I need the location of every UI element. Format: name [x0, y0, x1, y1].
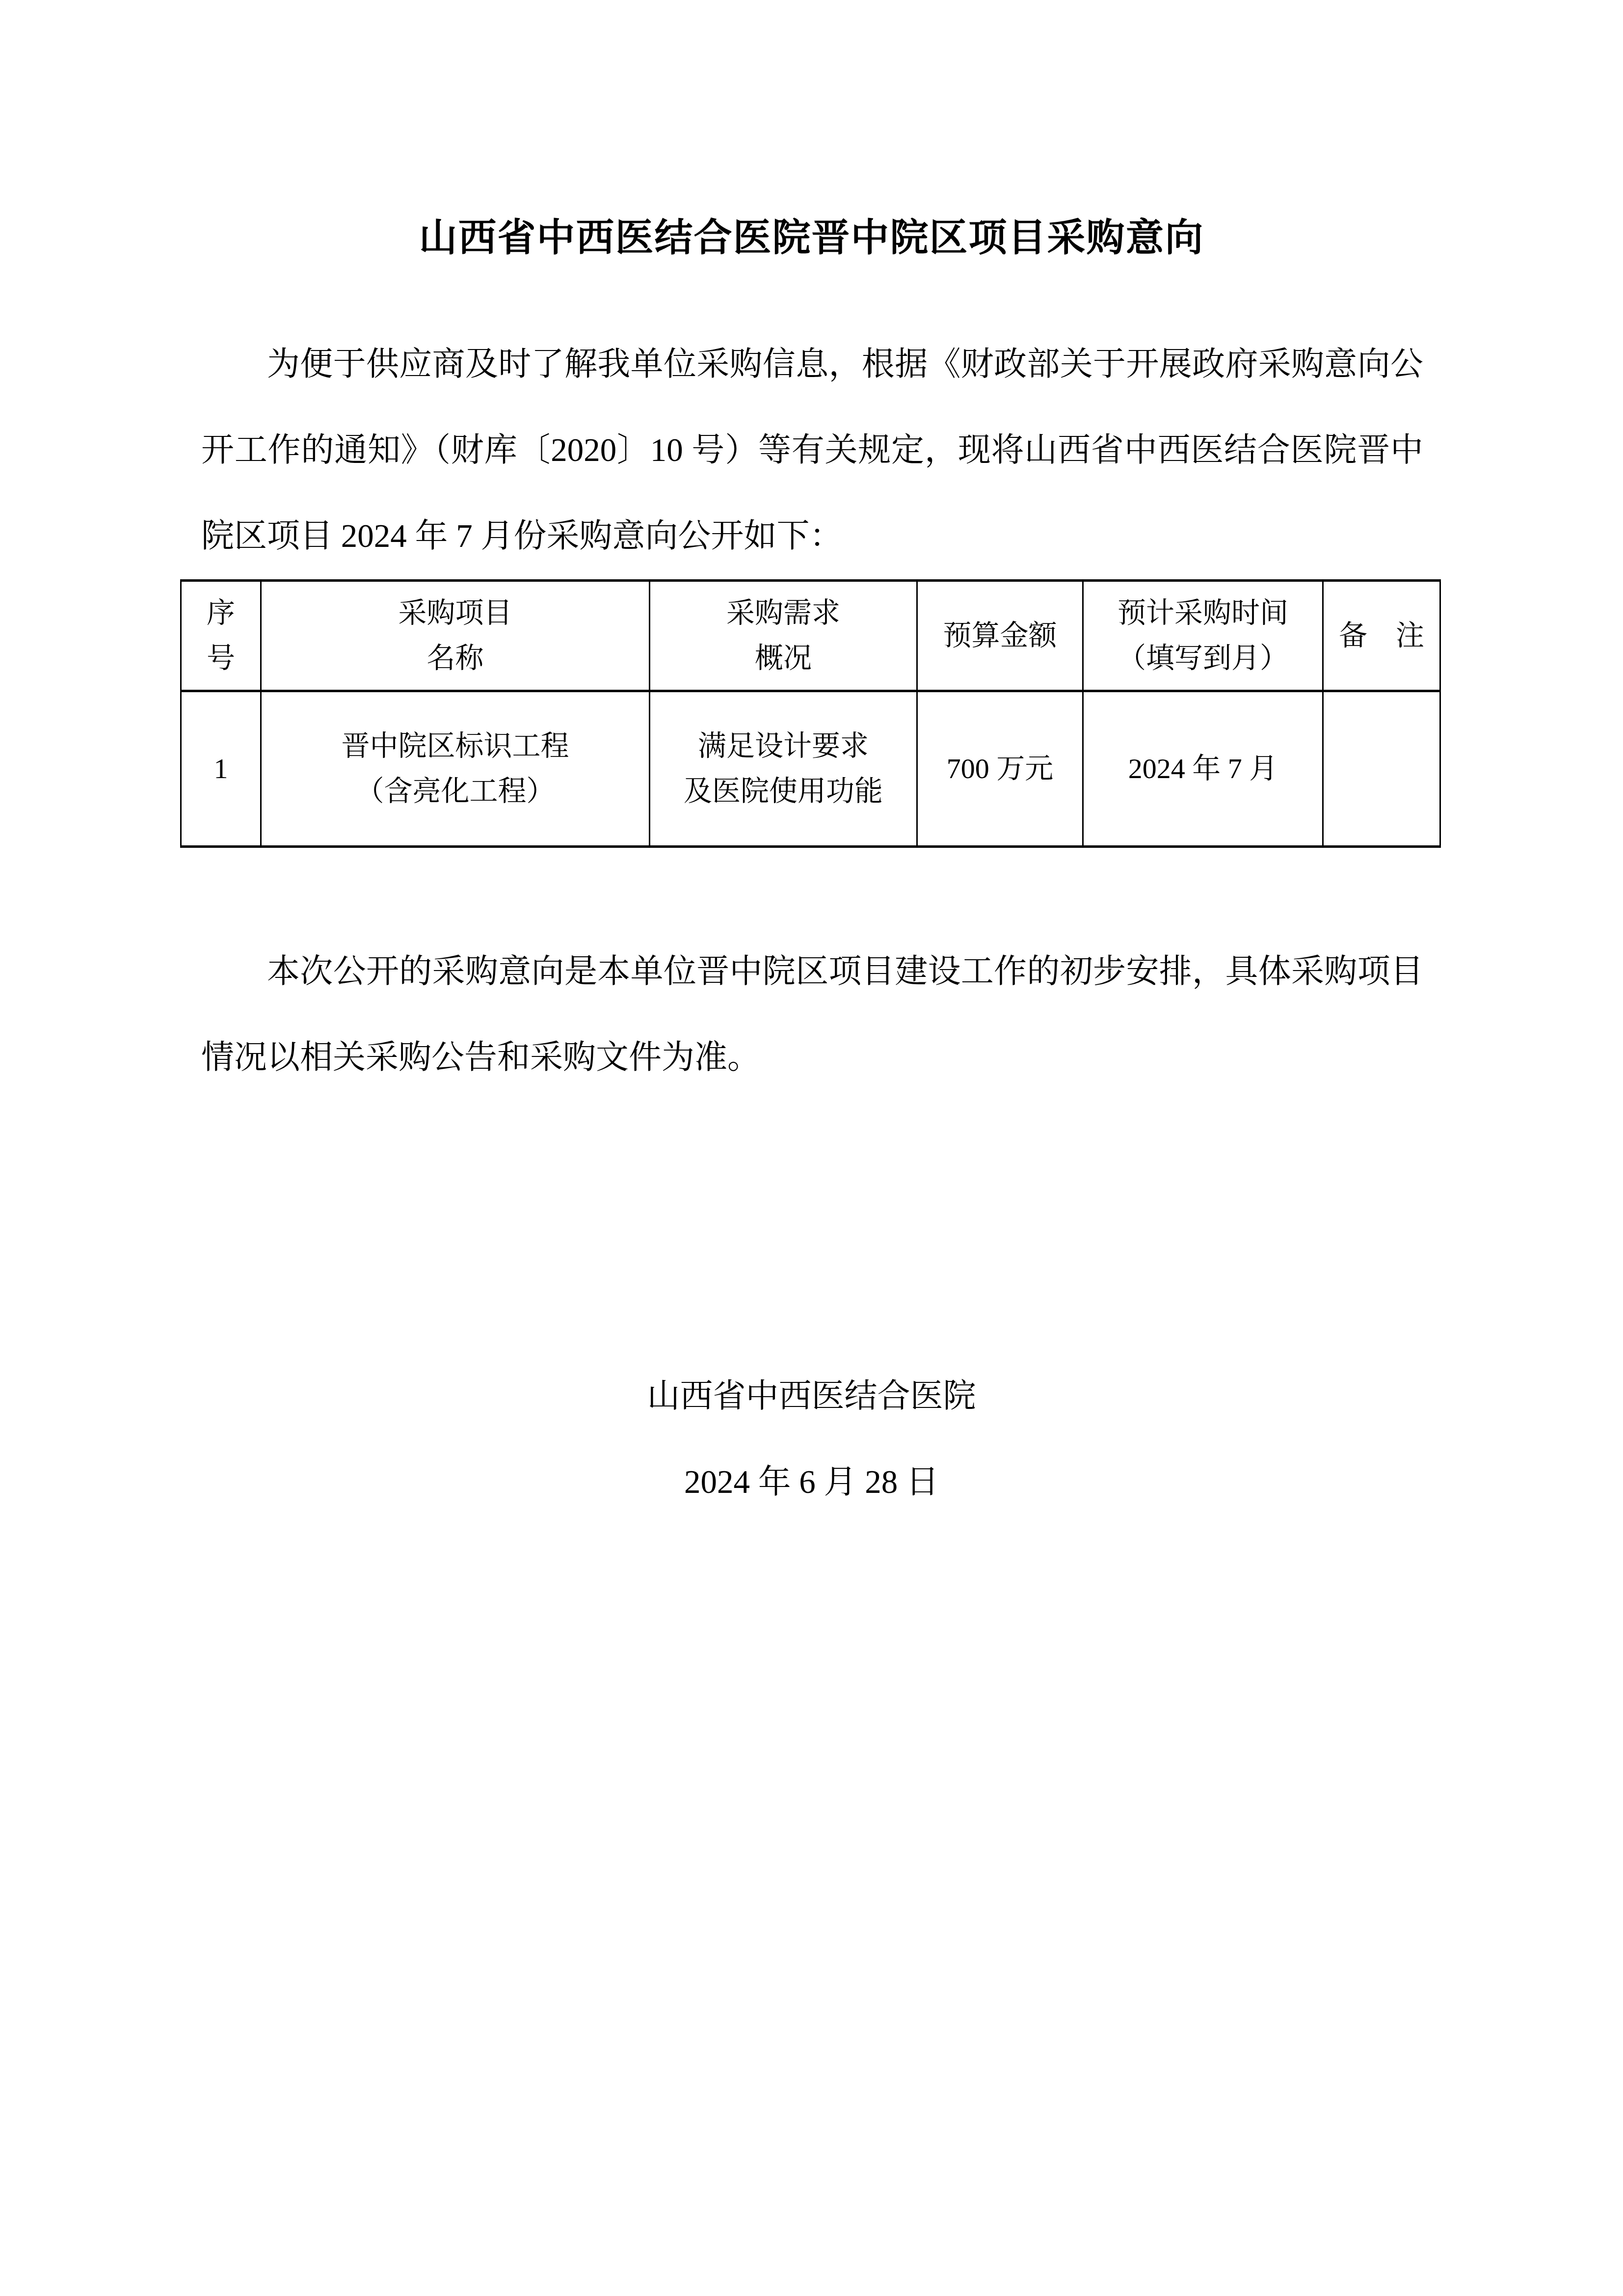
col-header-project-name: 采购项目 名称: [261, 581, 650, 691]
col-header-index: 序 号: [181, 581, 261, 691]
document-page: 山西省中西医结合医院晋中院区项目采购意向 为便于供应商及时了解我单位采购信息，根…: [0, 0, 1623, 2296]
col-header-purchase-time: 预计采购时间 （填写到月）: [1083, 581, 1323, 691]
cell-budget: 700 万元: [917, 691, 1083, 847]
table-header-row: 序 号 采购项目 名称 采购需求 概况 预算金额 预计采购时间 （填写到月） 备…: [181, 581, 1440, 691]
cell-project-name: 晋中院区标识工程 （含亮化工程）: [261, 691, 650, 847]
col-header-requirement: 采购需求 概况: [650, 581, 917, 691]
cell-remark: [1323, 691, 1440, 847]
signature-block: 山西省中西医结合医院 2024 年 6 月 28 日: [0, 1353, 1623, 1525]
cell-requirement: 满足设计要求 及医院使用功能: [650, 691, 917, 847]
intro-paragraph: 为便于供应商及时了解我单位采购信息，根据《财政部关于开展政府采购意向公开工作的通…: [201, 322, 1423, 579]
closing-paragraph: 本次公开的采购意向是本单位晋中院区项目建设工作的初步安排，具体采购项目情况以相关…: [201, 929, 1423, 1101]
col-header-remark: 备 注: [1323, 581, 1440, 691]
signature-date: 2024 年 6 月 28 日: [0, 1439, 1623, 1525]
cell-index: 1: [181, 691, 261, 847]
document-title: 山西省中西医结合医院晋中院区项目采购意向: [0, 211, 1623, 265]
col-header-budget: 预算金额: [917, 581, 1083, 691]
cell-purchase-time: 2024 年 7 月: [1083, 691, 1323, 847]
signature-org: 山西省中西医结合医院: [0, 1353, 1623, 1439]
procurement-intent-table: 序 号 采购项目 名称 采购需求 概况 预算金额 预计采购时间 （填写到月） 备…: [180, 579, 1441, 848]
table-row: 1 晋中院区标识工程 （含亮化工程） 满足设计要求 及医院使用功能 700 万元…: [181, 691, 1440, 847]
